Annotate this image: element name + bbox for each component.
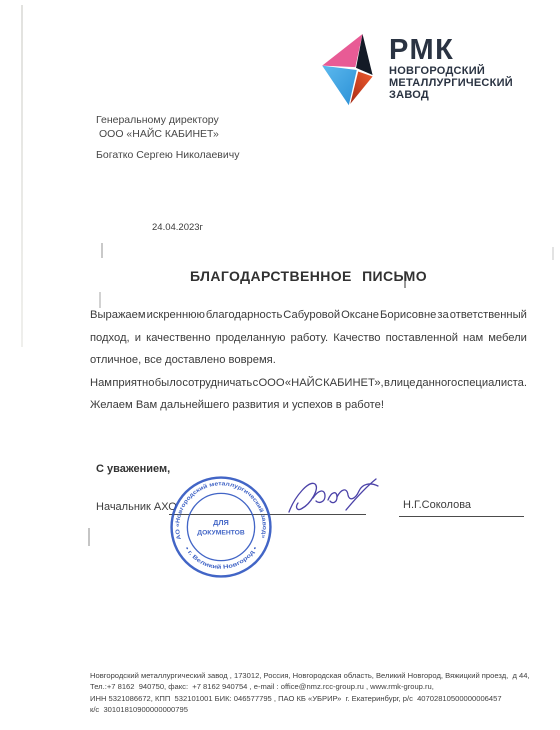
scan-edge-artifact bbox=[21, 5, 23, 347]
signer-position: Начальник АХО bbox=[96, 501, 177, 513]
footer-line-address: Новгородский металлургический завод , 17… bbox=[90, 670, 530, 681]
letter-page: РМК НОВГОРОДСКИЙ МЕТАЛЛУРГИЧЕСКИЙ ЗАВОД … bbox=[0, 0, 560, 730]
stamp-center-line-2: ДОКУМЕНТОВ bbox=[197, 530, 245, 537]
stamp-center-line-1: ДЛЯ bbox=[213, 518, 229, 527]
body-line: отличное, все доставлено вовремя. bbox=[90, 354, 527, 377]
footer-line-bank: ИНН 5321086672, КПП 532101001 БИК: 04657… bbox=[90, 693, 530, 704]
letter-title: БЛАГОДАРСТВЕННОЕ ПИСЬМО bbox=[90, 268, 527, 284]
logo-brand: РМК bbox=[389, 37, 513, 64]
footer-line-corr-account: к/с 30101810900000000795 bbox=[90, 704, 530, 715]
stamp-ring-bottom-text: • г. Великий Новгород • bbox=[183, 546, 259, 571]
logo-text-block: РМК НОВГОРОДСКИЙ МЕТАЛЛУРГИЧЕСКИЙ ЗАВОД bbox=[389, 34, 513, 106]
scan-mark bbox=[552, 247, 554, 260]
logo-org-line-2: МЕТАЛЛУРГИЧЕСКИЙ bbox=[389, 78, 513, 90]
round-stamp-icon: АО «Новгородский металлургический завод»… bbox=[168, 474, 274, 580]
handwritten-signature bbox=[286, 476, 384, 520]
letter-date: 24.04.2023г bbox=[152, 222, 203, 233]
addressee-company: ООО «НАЙС КАБИНЕТ» bbox=[96, 128, 239, 142]
closing-phrase: С уважением, bbox=[96, 463, 170, 475]
signer-name: Н.Г.Соколова bbox=[403, 499, 471, 511]
body-line: НамприятнобылосотрудничатьсООО«НАЙСКАБИН… bbox=[90, 377, 527, 400]
logo-org-line-3: ЗАВОД bbox=[389, 90, 513, 102]
addressee-block: Генеральному директору ООО «НАЙС КАБИНЕТ… bbox=[96, 114, 239, 163]
body-line: ВыражаемискреннююблагодарностьСабуровойО… bbox=[90, 309, 527, 332]
scan-mark bbox=[88, 528, 90, 546]
footer-line-contacts: Тел.:+7 8162 940750, факс: +7 8162 94075… bbox=[90, 681, 530, 692]
body-line: Желаем Вам дальнейшего развития и успехо… bbox=[90, 399, 527, 422]
company-logo: РМК НОВГОРОДСКИЙ МЕТАЛЛУРГИЧЕСКИЙ ЗАВОД bbox=[322, 34, 513, 106]
letter-body: ВыражаемискреннююблагодарностьСабуровойО… bbox=[90, 309, 527, 422]
addressee-position: Генеральному директору bbox=[96, 114, 239, 128]
svg-text:• г. Великий Новгород •: • г. Великий Новгород • bbox=[183, 546, 259, 571]
scan-mark bbox=[101, 243, 103, 258]
footer-requisites: Новгородский металлургический завод , 17… bbox=[90, 670, 530, 716]
signature-line bbox=[399, 516, 524, 517]
scan-mark bbox=[99, 292, 101, 308]
addressee-name: Богатко Сергею Николаевичу bbox=[96, 149, 239, 163]
rmk-logo-icon bbox=[322, 34, 380, 106]
body-line: подход,икачественнопроделаннуюработу.Кач… bbox=[90, 332, 527, 355]
